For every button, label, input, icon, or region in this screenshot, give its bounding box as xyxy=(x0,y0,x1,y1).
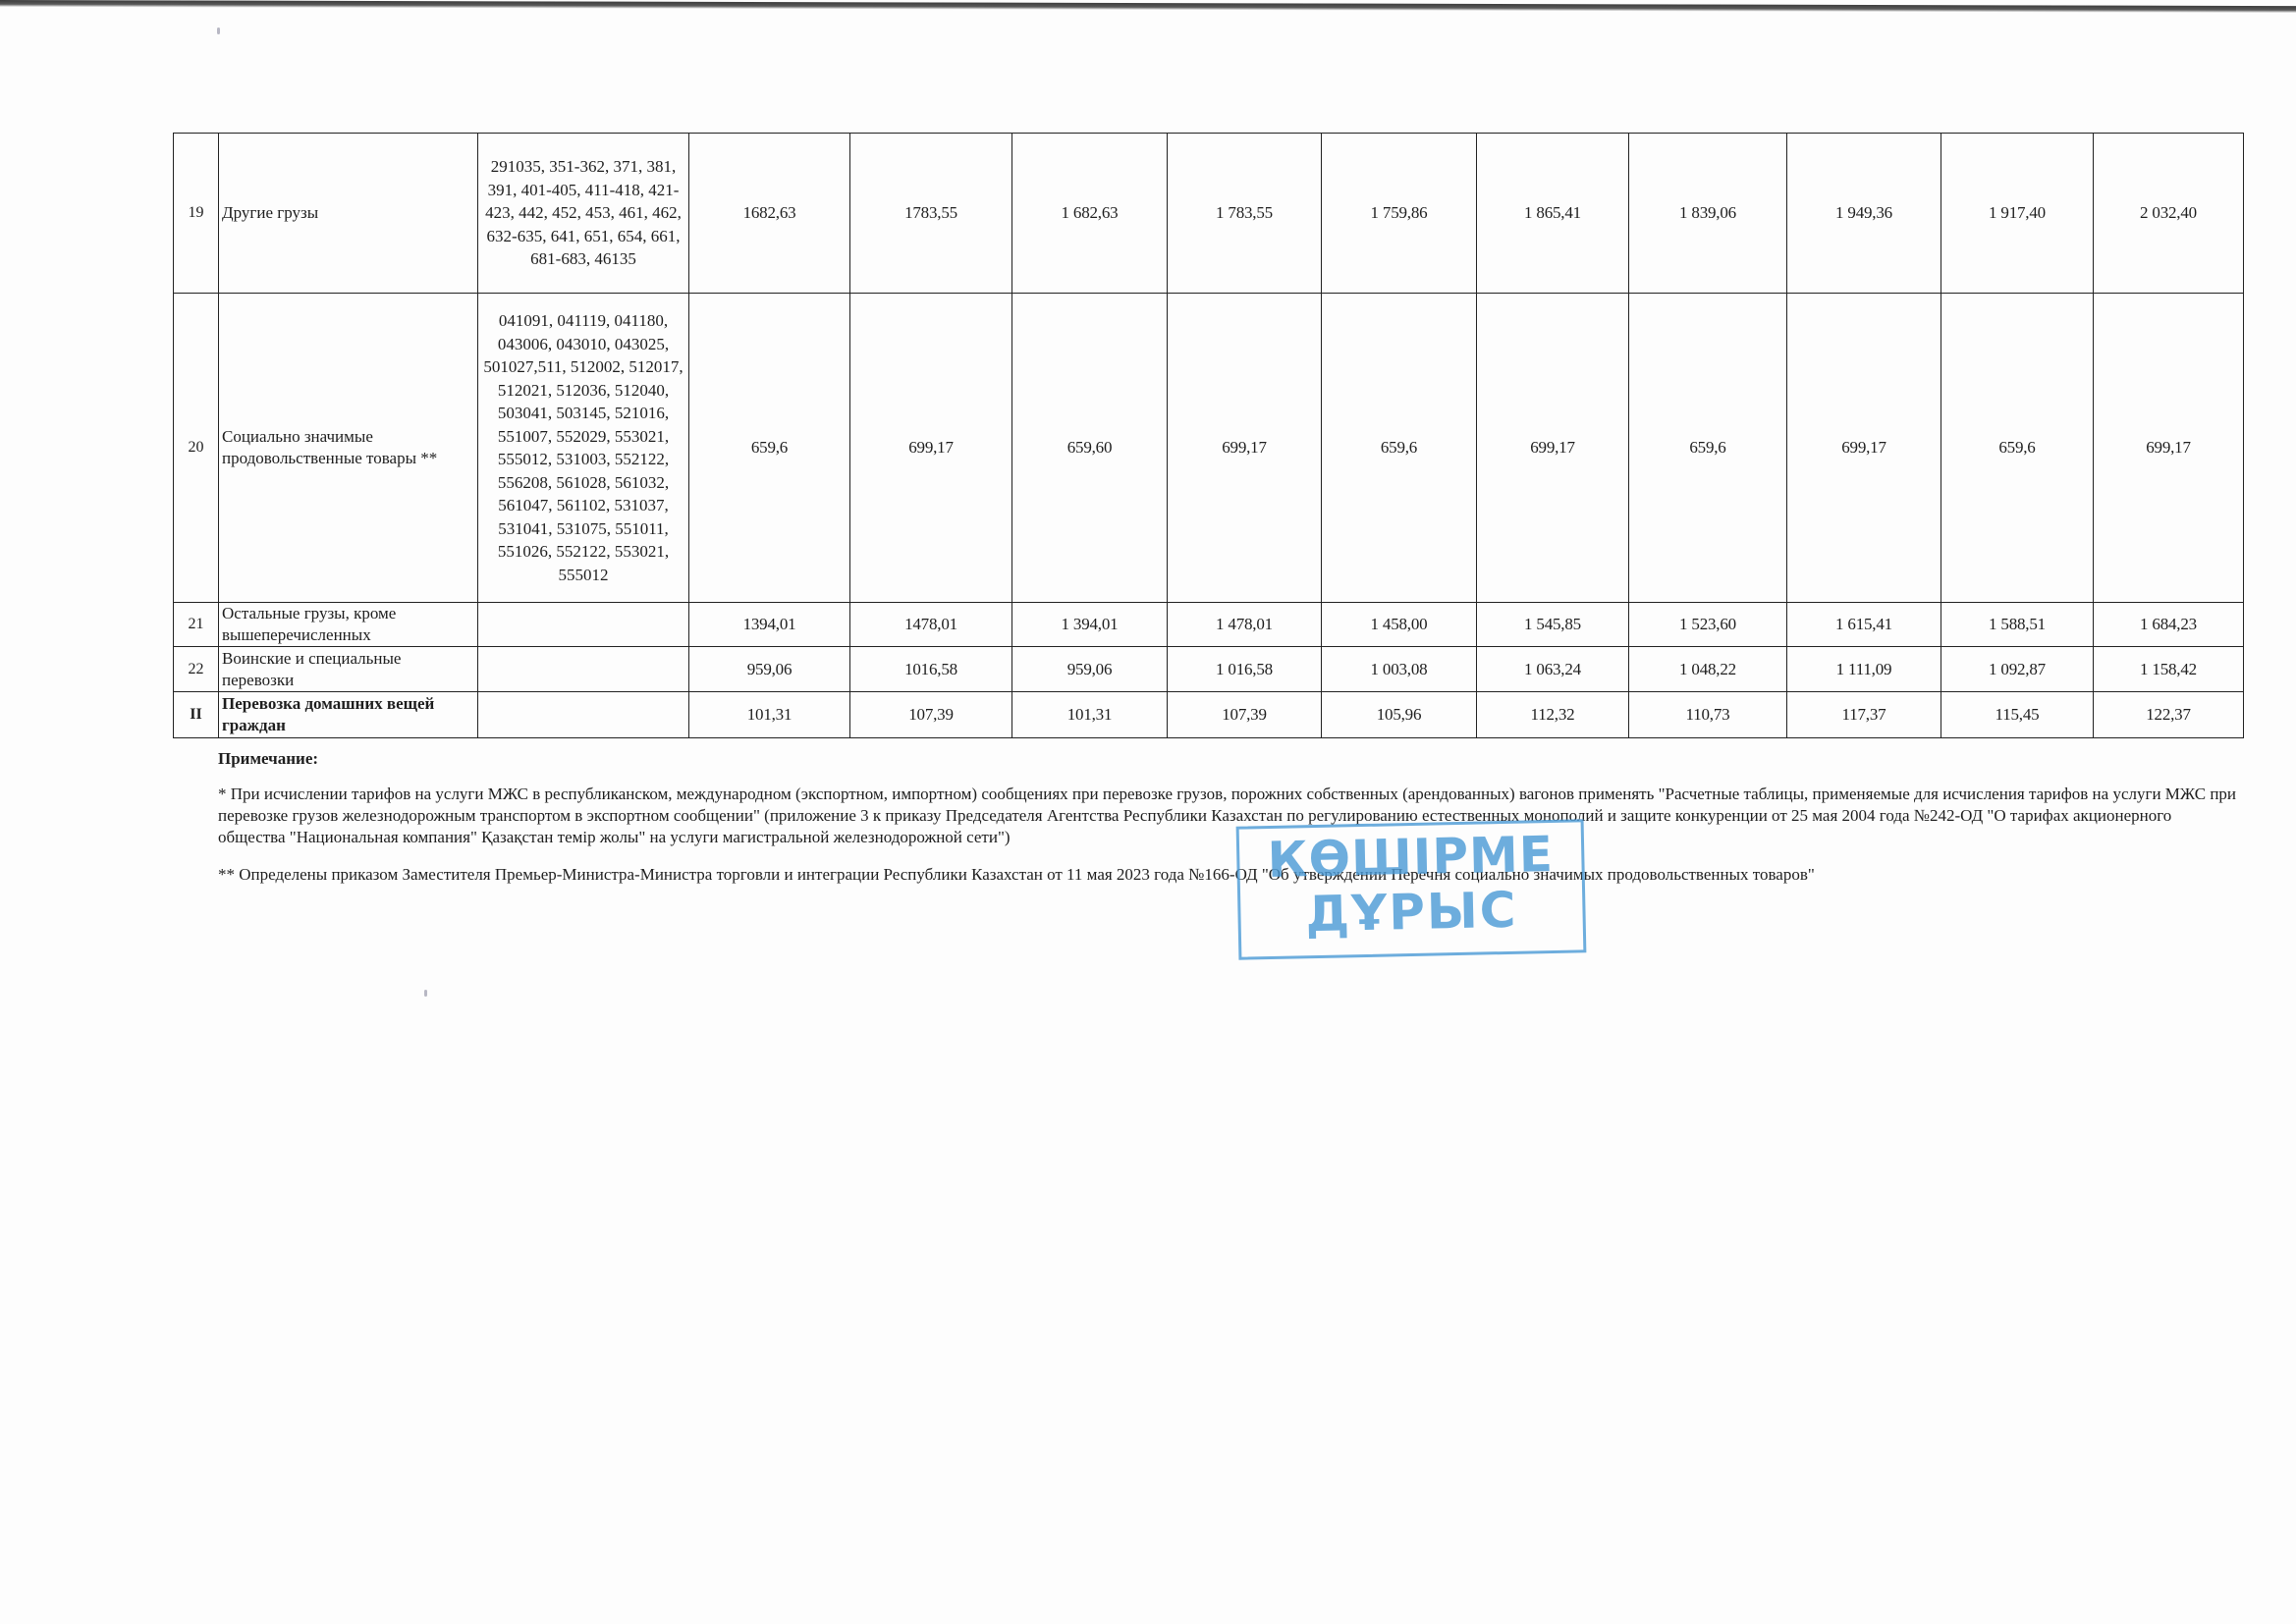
tariff-value: 1 016,58 xyxy=(1168,647,1322,692)
tariff-value: 699,17 xyxy=(2094,294,2244,603)
tariff-value: 1 048,22 xyxy=(1629,647,1787,692)
tariff-value: 1 111,09 xyxy=(1787,647,1941,692)
tariff-value: 2 032,40 xyxy=(2094,134,2244,294)
row-index: 21 xyxy=(174,603,219,647)
tariff-value: 1 682,63 xyxy=(1012,134,1168,294)
tariff-value: 105,96 xyxy=(1322,692,1477,738)
tariff-value: 1783,55 xyxy=(850,134,1012,294)
tariff-value: 1 684,23 xyxy=(2094,603,2244,647)
tariff-table: 19Другие грузы291035, 351-362, 371, 381,… xyxy=(173,133,2244,738)
tariff-value: 1 917,40 xyxy=(1941,134,2094,294)
row-index: 22 xyxy=(174,647,219,692)
tariff-value: 1 783,55 xyxy=(1168,134,1322,294)
cargo-codes xyxy=(478,603,689,647)
cargo-name: Перевозка домашних вещей граждан xyxy=(219,692,478,738)
tariff-value: 1 839,06 xyxy=(1629,134,1787,294)
cargo-codes xyxy=(478,647,689,692)
tariff-value: 101,31 xyxy=(689,692,850,738)
tariff-value: 115,45 xyxy=(1941,692,2094,738)
tariff-value: 659,6 xyxy=(1322,294,1477,603)
tariff-value: 1 003,08 xyxy=(1322,647,1477,692)
tariff-value: 1 478,01 xyxy=(1168,603,1322,647)
stamp-line-2: ДҰРЫС xyxy=(1240,881,1583,943)
notes-section: Примечание: * При исчислении тарифов на … xyxy=(218,748,2241,901)
stamp-line-1: КӨШІРМЕ xyxy=(1239,826,1582,888)
tariff-value: 959,06 xyxy=(1012,647,1168,692)
tariff-value: 1 394,01 xyxy=(1012,603,1168,647)
scan-speck xyxy=(217,27,220,34)
tariff-value: 699,17 xyxy=(850,294,1012,603)
cargo-name: Остальные грузы, кроме вышеперечисленных xyxy=(219,603,478,647)
row-index: 20 xyxy=(174,294,219,603)
tariff-value: 699,17 xyxy=(1477,294,1629,603)
cargo-name: Воинские и специальные перевозки xyxy=(219,647,478,692)
copy-verified-stamp: КӨШІРМЕ ДҰРЫС xyxy=(1236,819,1587,959)
cargo-name: Социально значимые продовольственные тов… xyxy=(219,294,478,603)
tariff-value: 1478,01 xyxy=(850,603,1012,647)
tariff-value: 1 615,41 xyxy=(1787,603,1941,647)
tariff-value: 101,31 xyxy=(1012,692,1168,738)
tariff-value: 1682,63 xyxy=(689,134,850,294)
tariff-value: 699,17 xyxy=(1787,294,1941,603)
tariff-value: 1 949,36 xyxy=(1787,134,1941,294)
notes-title: Примечание: xyxy=(218,748,2241,770)
tariff-value: 1 092,87 xyxy=(1941,647,2094,692)
tariff-value: 1 865,41 xyxy=(1477,134,1629,294)
cargo-codes: 041091, 041119, 041180, 043006, 043010, … xyxy=(478,294,689,603)
row-index: II xyxy=(174,692,219,738)
tariff-value: 1 588,51 xyxy=(1941,603,2094,647)
tariff-value: 1 545,85 xyxy=(1477,603,1629,647)
tariff-value: 1 158,42 xyxy=(2094,647,2244,692)
note-2: ** Определены приказом Заместителя Премь… xyxy=(218,864,2241,886)
table-row: 21Остальные грузы, кроме вышеперечисленн… xyxy=(174,603,2244,647)
tariff-value: 959,06 xyxy=(689,647,850,692)
tariff-value: 659,6 xyxy=(1941,294,2094,603)
tariff-value: 112,32 xyxy=(1477,692,1629,738)
tariff-value: 1 063,24 xyxy=(1477,647,1629,692)
tariff-value: 1016,58 xyxy=(850,647,1012,692)
tariff-value: 107,39 xyxy=(850,692,1012,738)
cargo-codes xyxy=(478,692,689,738)
scan-speck xyxy=(424,990,427,997)
scan-edge-artifact xyxy=(0,0,2296,13)
tariff-value: 1 523,60 xyxy=(1629,603,1787,647)
row-index: 19 xyxy=(174,134,219,294)
tariff-value: 117,37 xyxy=(1787,692,1941,738)
tariff-value: 659,6 xyxy=(689,294,850,603)
table-row: 20Социально значимые продовольственные т… xyxy=(174,294,2244,603)
tariff-value: 659,6 xyxy=(1629,294,1787,603)
tariff-value: 122,37 xyxy=(2094,692,2244,738)
tariff-value: 110,73 xyxy=(1629,692,1787,738)
table-row: 19Другие грузы291035, 351-362, 371, 381,… xyxy=(174,134,2244,294)
tariff-value: 699,17 xyxy=(1168,294,1322,603)
tariff-value: 659,60 xyxy=(1012,294,1168,603)
tariff-value: 1 759,86 xyxy=(1322,134,1477,294)
cargo-name: Другие грузы xyxy=(219,134,478,294)
table-row: 22Воинские и специальные перевозки959,06… xyxy=(174,647,2244,692)
table-row: IIПеревозка домашних вещей граждан101,31… xyxy=(174,692,2244,738)
tariff-value: 107,39 xyxy=(1168,692,1322,738)
note-1: * При исчислении тарифов на услуги МЖС в… xyxy=(218,784,2241,848)
cargo-codes: 291035, 351-362, 371, 381, 391, 401-405,… xyxy=(478,134,689,294)
tariff-value: 1394,01 xyxy=(689,603,850,647)
tariff-value: 1 458,00 xyxy=(1322,603,1477,647)
